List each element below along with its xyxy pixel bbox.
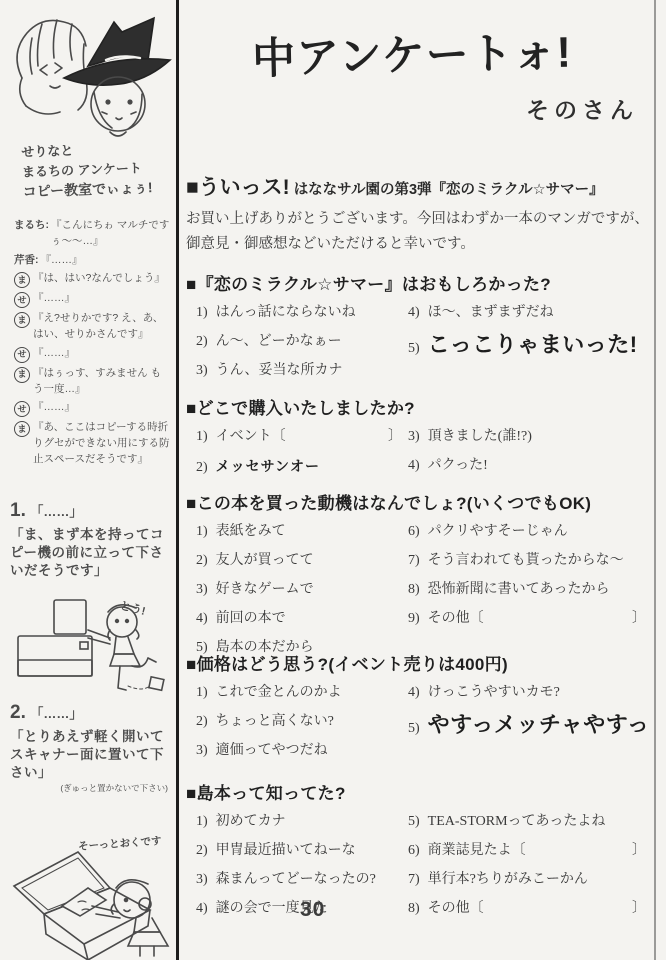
page-subtitle: そのさん [186, 92, 652, 125]
handwritten-dialogue: まるち: 『こんにちゎ マルチですぅ〜〜…』 芹香: 『……』 ま 『は、はい?… [14, 218, 170, 471]
option-text: こっこりゃまいった! [428, 330, 638, 360]
option-number: 2) [196, 842, 208, 861]
option-number: 5) [408, 720, 420, 739]
question-section-2: ■どこで購入いたしましたか? 1)イベント〔〕 2)メッセサンオー 3)頂きまし… [186, 394, 652, 488]
intro-lead: ■ういっス! [186, 176, 290, 199]
option: 4)前回の本で [196, 610, 408, 629]
question-section-4: ■価格はどう思う?(イベント売りは400円) 1)これで金とんのかよ 2)ちょっ… [186, 650, 652, 771]
option-number: 5) [408, 813, 420, 832]
option: 4)パクった! [408, 457, 652, 476]
step-text: 「ま、まず本を持ってコピー機の前に立って下さいだそうです」 [10, 526, 168, 581]
intro-paragraph: ■ういっス! はななサル園の第3弾『恋のミラクル☆サマー』 お買い上げありがとう… [186, 170, 652, 258]
option-number: 4) [408, 684, 420, 703]
option-number: 2) [196, 552, 208, 571]
option-text: はんっ話にならないね [216, 304, 356, 323]
option-text: やすっメッチャやすっ [428, 710, 650, 740]
option-close-bracket: 〕 [632, 610, 652, 629]
option-number: 2) [196, 333, 208, 352]
copy-step-2: 2. 「……」 「とりあえず軽く開いてスキャナー面に置いて下さい」 (ぎゅっと置… [10, 700, 168, 795]
page-number: 30 [300, 898, 366, 922]
option-text: パクリやすそーじゃん [428, 523, 568, 542]
option-text: 森まんってどーなったの? [216, 871, 376, 890]
dialogue-speaker: せ [14, 401, 30, 417]
option: 6)パクリやすそーじゃん [408, 523, 652, 542]
step-quote: 「……」 [30, 504, 82, 519]
option: 7)単行本?ちりがみこーかん [408, 871, 652, 890]
option-number: 3) [196, 362, 208, 381]
option-text: ん〜、どーかなぁー [216, 333, 342, 352]
option-text: その他〔 [428, 610, 484, 629]
option-number: 5) [408, 340, 420, 359]
option: 8)恐怖新聞に書いてあったから [408, 581, 652, 600]
option-text: 商業誌見たよ〔 [428, 842, 526, 861]
step-note: (ぎゅっと置かないで下さい) [10, 783, 168, 794]
option-text: メッセサンオー [216, 457, 320, 476]
option-number: 4) [408, 304, 420, 323]
option-text: けっこうやすいカモ? [428, 684, 560, 703]
dialogue-text: 『……』 [33, 346, 170, 362]
option-number: 4) [196, 610, 208, 629]
dialogue-speaker: ま [14, 367, 30, 383]
option-number: 7) [408, 552, 420, 571]
option: 6)商業誌見たよ〔〕 [408, 842, 652, 861]
dialogue-text: 『……』 [33, 400, 170, 416]
option-number: 8) [408, 900, 420, 919]
option: 4)ほ〜、まずまずだね [408, 304, 652, 323]
dialogue-line: ま 『は、はい?なんでしょう』 [14, 271, 170, 288]
question-title: ■『恋のミラクル☆サマー』はおもしろかった? [186, 270, 652, 295]
option: 8)その他〔〕 [408, 900, 652, 919]
option-number: 1) [196, 523, 208, 542]
option: 1)これで金とんのかよ [196, 684, 408, 703]
option-number: 3) [196, 871, 208, 890]
option-number: 1) [196, 813, 208, 832]
option-number: 3) [196, 742, 208, 761]
dialogue-line: せ 『……』 [14, 400, 170, 417]
option-close-bracket: 〕 [388, 428, 408, 447]
dialogue-text: 『……』 [41, 253, 171, 269]
intro-lead-line: ■ういっス! はななサル園の第3弾『恋のミラクル☆サマー』 [186, 170, 652, 207]
dialogue-text: 『……』 [33, 291, 170, 307]
option-text: 単行本?ちりがみこーかん [428, 871, 588, 890]
dialogue-line: ま 『え?せりかです? え、あ、はい、せりかさんです』 [14, 311, 170, 343]
option-text: TEA-STORMってあったよね [428, 813, 606, 832]
option-text: 甲冑最近描いてねーな [216, 842, 356, 861]
dialogue-speaker: ま [14, 312, 30, 328]
option-number: 2) [196, 459, 208, 478]
intro-lead-bold: はななサル園の第3弾『恋のミラクル☆サマー』 [294, 182, 604, 198]
option-text: そう言われても貰ったからな〜 [428, 552, 624, 571]
dialogue-line: まるち: 『こんにちゎ マルチですぅ〜〜…』 [14, 218, 170, 250]
option-number: 6) [408, 523, 420, 542]
question-section-1: ■『恋のミラクル☆サマー』はおもしろかった? 1)はんっ話にならないね 2)ん〜… [186, 270, 652, 391]
option: 9)その他〔〕 [408, 610, 652, 629]
option: 2)甲冑最近描いてねーな [196, 842, 408, 861]
option-number: 4) [196, 900, 208, 919]
option-number: 1) [196, 684, 208, 703]
scanner-illustration [0, 848, 176, 960]
option-text: 前回の本で [216, 610, 286, 629]
option-number: 1) [196, 304, 208, 323]
intro-line-2: 御意見・御感想などいただけると幸いです。 [186, 232, 652, 257]
option: 3)適価ってやつだね [196, 742, 408, 761]
dialogue-text: 『は、はい?なんでしょう』 [33, 271, 170, 287]
option-text: イベント〔 [216, 428, 286, 447]
option-text: 友人が買ってて [216, 552, 314, 571]
option-number: 3) [196, 581, 208, 600]
option: 1)イベント〔〕 [196, 428, 408, 447]
option: 7)そう言われても貰ったからな〜 [408, 552, 652, 571]
copy-step-1: 1. 「……」 「ま、まず本を持ってコピー機の前に立って下さいだそうです」 [10, 498, 168, 580]
option-text: 表紙をみて [216, 523, 286, 542]
sidebar-sketch-column: せりなと まるちの アンケート コピー教室でぃょぅ! まるち: 『こんにちゎ マ… [0, 0, 176, 960]
dialogue-speaker: ま [14, 272, 30, 288]
step-number: 1. [10, 500, 26, 521]
dialogue-text: 『え?せりかです? え、あ、はい、せりかさんです』 [33, 311, 170, 343]
option-number: 8) [408, 581, 420, 600]
option-number: 9) [408, 610, 420, 629]
option-text: 恐怖新聞に書いてあったから [428, 581, 610, 600]
option-text: 適価ってやつだね [216, 742, 328, 761]
dialogue-text: 『こんにちゎ マルチですぅ〜〜…』 [51, 218, 170, 250]
option-number: 6) [408, 842, 420, 861]
step-quote: 「……」 [30, 706, 82, 721]
option-text: これで金とんのかよ [216, 684, 342, 703]
dialogue-speaker: ま [14, 421, 30, 437]
dialogue-line: せ 『……』 [14, 291, 170, 308]
option-text: うん、妥当な所カナ [216, 362, 343, 381]
option: 1)はんっ話にならないね [196, 304, 408, 323]
dialogue-text: 『あ、ここはコピーする時折りグセができない用にする防止スペースだそうです』 [33, 420, 170, 467]
question-title: ■どこで購入いたしましたか? [186, 394, 652, 419]
dialogue-speaker: まるち: [14, 218, 49, 234]
option-number: 2) [196, 713, 208, 732]
option: 2)ん〜、どーかなぁー [196, 333, 408, 352]
option-number: 3) [408, 428, 420, 447]
caption-line-3: コピー教室でぃょぅ! [22, 176, 173, 202]
option-text: ほ〜、まずまずだね [428, 304, 554, 323]
step-text: 「とりあえず軽く開いてスキャナー面に置いて下さい」 [10, 728, 168, 783]
dialogue-line: ま 『あ、ここはコピーする時折りグセができない用にする防止スペースだそうです』 [14, 420, 170, 467]
question-section-5: ■島本って知ってた? 1)初めてカナ 2)甲冑最近描いてねーな 3)森まんってど… [186, 779, 652, 929]
step-number: 2. [10, 702, 26, 723]
page-edge-line [654, 0, 656, 960]
option-emphasized: 2)メッセサンオー [196, 457, 408, 478]
dialogue-text: 『はぅっす、すみません もう一度…』 [33, 366, 170, 398]
option: 2)ちょっと高くない? [196, 713, 408, 732]
option: 3)頂きました(誰!?) [408, 428, 652, 447]
option-text: 初めてカナ [216, 813, 286, 832]
option-text: 頂きました(誰!?) [428, 428, 532, 447]
option: 1)初めてカナ [196, 813, 408, 832]
question-section-3: ■この本を買った動機はなんでしょ?(いくつでもOK) 1)表紙をみて 2)友人が… [186, 489, 652, 667]
option: 3)好きなゲームで [196, 581, 408, 600]
intro-line-1: お買い上げありがとうございます。今回はわずか一本のマンガですが、 [186, 207, 652, 232]
option-text: 好きなゲームで [216, 581, 314, 600]
option: 5)TEA-STORMってあったよね [408, 813, 652, 832]
dialogue-speaker: 芹香: [14, 253, 39, 269]
option-text: ちょっと高くない? [216, 713, 334, 732]
dialogue-speaker: せ [14, 347, 30, 363]
page-title: 中アンケートォ! [185, 17, 638, 87]
option-emphasized: 5)こっこりゃまいった! [408, 330, 652, 360]
option: 4)けっこうやすいカモ? [408, 684, 652, 703]
chibi-girls-illustration [2, 8, 174, 140]
question-title: ■この本を買った動機はなんでしょ?(いくつでもOK) [186, 489, 652, 514]
option-number: 4) [408, 457, 420, 476]
question-title: ■価格はどう思う?(イベント売りは400円) [186, 650, 652, 675]
option-number: 1) [196, 428, 208, 447]
dialogue-line: ま 『はぅっす、すみません もう一度…』 [14, 366, 170, 398]
option-text: パクった! [428, 457, 488, 476]
option: 3)うん、妥当な所カナ [196, 362, 408, 381]
dialogue-speaker: せ [14, 292, 30, 308]
option: 2)友人が買ってて [196, 552, 408, 571]
dialogue-line: せ 『……』 [14, 346, 170, 363]
option: 1)表紙をみて [196, 523, 408, 542]
option-number: 7) [408, 871, 420, 890]
question-title: ■島本って知ってた? [186, 779, 652, 804]
option-close-bracket: 〕 [632, 900, 652, 919]
dialogue-line: 芹香: 『……』 [14, 253, 170, 269]
sketch-caption: せりなと まるちの アンケート コピー教室でぃょぅ! [21, 137, 173, 202]
option-close-bracket: 〕 [632, 842, 652, 861]
column-divider-line [176, 0, 179, 960]
option: 3)森まんってどーなったの? [196, 871, 408, 890]
option-emphasized: 5)やすっメッチャやすっ [408, 710, 652, 740]
option-text: その他〔 [428, 900, 484, 919]
